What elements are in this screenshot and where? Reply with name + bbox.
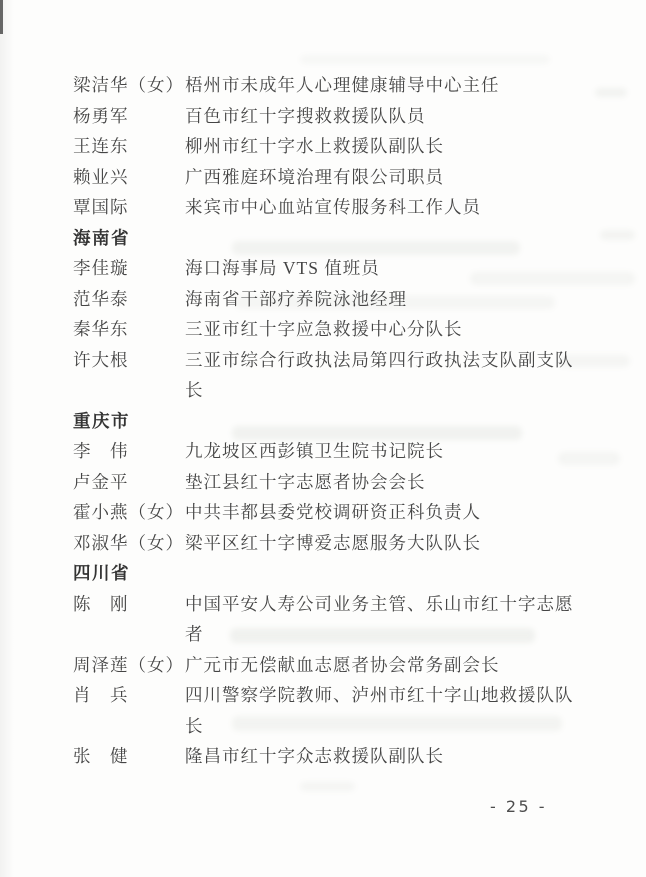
person-title: 百色市红十字搜救救援队队员 (185, 101, 588, 132)
person-title: 三亚市红十字应急救援中心分队长 (185, 314, 588, 345)
gender-suffix: （女） (129, 75, 185, 95)
person-title: 来宾市中心血站宣传服务科工作人员 (185, 192, 588, 223)
person-title: 中共丰都县委党校调研资正科负责人 (185, 497, 588, 528)
name-text: 张 健 (73, 746, 129, 766)
title-line-1: 广西雅庭环境治理有限公司职员 (185, 162, 588, 193)
title-line-1: 三亚市红十字应急救援中心分队长 (185, 314, 588, 345)
title-line-2: 长 (185, 711, 588, 742)
person-title: 广西雅庭环境治理有限公司职员 (185, 162, 588, 193)
gender-suffix: （女） (129, 502, 185, 522)
person-name: 李佳璇 (73, 253, 185, 284)
person-name: 许大根 (73, 345, 185, 406)
title-line-1: 柳州市红十字水上救援队副队长 (185, 131, 588, 162)
list-item: 赖业兴 广西雅庭环境治理有限公司职员 (73, 162, 588, 193)
title-line-1: 九龙坡区西彭镇卫生院书记院长 (185, 436, 588, 467)
name-text: 霍小燕 (73, 502, 129, 522)
province-header-label: 重庆市 (73, 406, 130, 437)
title-line-1: 百色市红十字搜救救援队队员 (185, 101, 588, 132)
title-line-1: 广元市无偿献血志愿者协会常务副会长 (185, 650, 588, 681)
scan-artifact (600, 230, 635, 240)
name-text: 卢金平 (73, 472, 129, 492)
list-item: 李佳璇 海口海事局 VTS 值班员 (73, 253, 588, 284)
person-name: 周泽莲（女） (73, 650, 185, 681)
title-line-1: 梁平区红十字博爱志愿服务大队队长 (185, 528, 588, 559)
list-item: 霍小燕（女） 中共丰都县委党校调研资正科负责人 (73, 497, 588, 528)
name-text: 赖业兴 (73, 167, 129, 187)
title-line-1: 中共丰都县委党校调研资正科负责人 (185, 497, 588, 528)
name-text: 邓淑华 (73, 533, 129, 553)
person-title: 垫江县红十字志愿者协会会长 (185, 467, 588, 498)
title-line-2: 者 (185, 619, 588, 650)
province-header: 重庆市 (73, 406, 588, 437)
province-header-label: 四川省 (73, 558, 130, 589)
list-item: 张 健 隆昌市红十字众志救援队副队长 (73, 741, 588, 772)
name-text: 李佳璇 (73, 258, 129, 278)
title-line-1: 梧州市未成年人心理健康辅导中心主任 (185, 70, 588, 101)
person-name: 杨勇军 (73, 101, 185, 132)
person-title: 隆昌市红十字众志救援队副队长 (185, 741, 588, 772)
province-header-label: 海南省 (73, 223, 130, 254)
scan-artifact (300, 782, 355, 791)
province-header: 海南省 (73, 223, 588, 254)
scan-artifact (300, 55, 550, 64)
title-line-1: 来宾市中心血站宣传服务科工作人员 (185, 192, 588, 223)
name-text: 秦华东 (73, 319, 129, 339)
list-item: 秦华东 三亚市红十字应急救援中心分队长 (73, 314, 588, 345)
gender-suffix: （女） (129, 655, 185, 675)
person-name: 梁洁华（女） (73, 70, 185, 101)
title-line-1: 中国平安人寿公司业务主管、乐山市红十字志愿 (185, 589, 588, 620)
person-name: 张 健 (73, 741, 185, 772)
title-line-1: 海南省干部疗养院泳池经理 (185, 284, 588, 315)
list-item: 梁洁华（女） 梧州市未成年人心理健康辅导中心主任 (73, 70, 588, 101)
name-text: 许大根 (73, 350, 129, 370)
list-item: 许大根 三亚市综合行政执法局第四行政执法支队副支队长 (73, 345, 588, 406)
name-text: 覃国际 (73, 197, 129, 217)
list-item: 陈 刚 中国平安人寿公司业务主管、乐山市红十字志愿者 (73, 589, 588, 650)
list-item: 邓淑华（女） 梁平区红十字博爱志愿服务大队队长 (73, 528, 588, 559)
name-text: 周泽莲 (73, 655, 129, 675)
name-text: 肖 兵 (73, 685, 129, 705)
person-name: 陈 刚 (73, 589, 185, 650)
person-title: 柳州市红十字水上救援队副队长 (185, 131, 588, 162)
title-line-2: 长 (185, 375, 588, 406)
name-text: 王连东 (73, 136, 129, 156)
list-item: 李 伟 九龙坡区西彭镇卫生院书记院长 (73, 436, 588, 467)
person-title: 海口海事局 VTS 值班员 (185, 253, 588, 284)
scan-edge-artifact (0, 0, 3, 34)
document-page: 梁洁华（女） 梧州市未成年人心理健康辅导中心主任 杨勇军 百色市红十字搜救救援队… (0, 0, 646, 877)
person-name: 肖 兵 (73, 680, 185, 741)
name-text: 李 伟 (73, 441, 129, 461)
list-item: 卢金平 垫江县红十字志愿者协会会长 (73, 467, 588, 498)
scan-artifact (595, 88, 627, 97)
gender-suffix: （女） (129, 533, 185, 553)
person-title: 梁平区红十字博爱志愿服务大队队长 (185, 528, 588, 559)
list-item: 肖 兵 四川警察学院教师、泸州市红十字山地救援队队长 (73, 680, 588, 741)
list-item: 杨勇军 百色市红十字搜救救援队队员 (73, 101, 588, 132)
person-title: 九龙坡区西彭镇卫生院书记院长 (185, 436, 588, 467)
person-name: 邓淑华（女） (73, 528, 185, 559)
list-item: 覃国际 来宾市中心血站宣传服务科工作人员 (73, 192, 588, 223)
name-text: 范华泰 (73, 289, 129, 309)
title-line-1: 隆昌市红十字众志救援队副队长 (185, 741, 588, 772)
person-name: 范华泰 (73, 284, 185, 315)
person-title: 海南省干部疗养院泳池经理 (185, 284, 588, 315)
person-title: 三亚市综合行政执法局第四行政执法支队副支队长 (185, 345, 588, 406)
person-name: 霍小燕（女） (73, 497, 185, 528)
person-title: 梧州市未成年人心理健康辅导中心主任 (185, 70, 588, 101)
person-name: 覃国际 (73, 192, 185, 223)
page-number: - 25 - (490, 797, 547, 816)
province-header: 四川省 (73, 558, 588, 589)
person-name: 李 伟 (73, 436, 185, 467)
person-title: 中国平安人寿公司业务主管、乐山市红十字志愿者 (185, 589, 588, 650)
honoree-list: 梁洁华（女） 梧州市未成年人心理健康辅导中心主任 杨勇军 百色市红十字搜救救援队… (73, 70, 588, 772)
name-text: 陈 刚 (73, 594, 129, 614)
title-line-1: 四川警察学院教师、泸州市红十字山地救援队队 (185, 680, 588, 711)
name-text: 杨勇军 (73, 106, 129, 126)
title-line-1: 三亚市综合行政执法局第四行政执法支队副支队 (185, 345, 588, 376)
list-item: 周泽莲（女） 广元市无偿献血志愿者协会常务副会长 (73, 650, 588, 681)
person-title: 四川警察学院教师、泸州市红十字山地救援队队长 (185, 680, 588, 741)
title-line-1: 海口海事局 VTS 值班员 (185, 253, 588, 284)
list-item: 王连东 柳州市红十字水上救援队副队长 (73, 131, 588, 162)
name-text: 梁洁华 (73, 75, 129, 95)
person-title: 广元市无偿献血志愿者协会常务副会长 (185, 650, 588, 681)
title-line-1: 垫江县红十字志愿者协会会长 (185, 467, 588, 498)
person-name: 秦华东 (73, 314, 185, 345)
person-name: 赖业兴 (73, 162, 185, 193)
list-item: 范华泰 海南省干部疗养院泳池经理 (73, 284, 588, 315)
person-name: 王连东 (73, 131, 185, 162)
person-name: 卢金平 (73, 467, 185, 498)
